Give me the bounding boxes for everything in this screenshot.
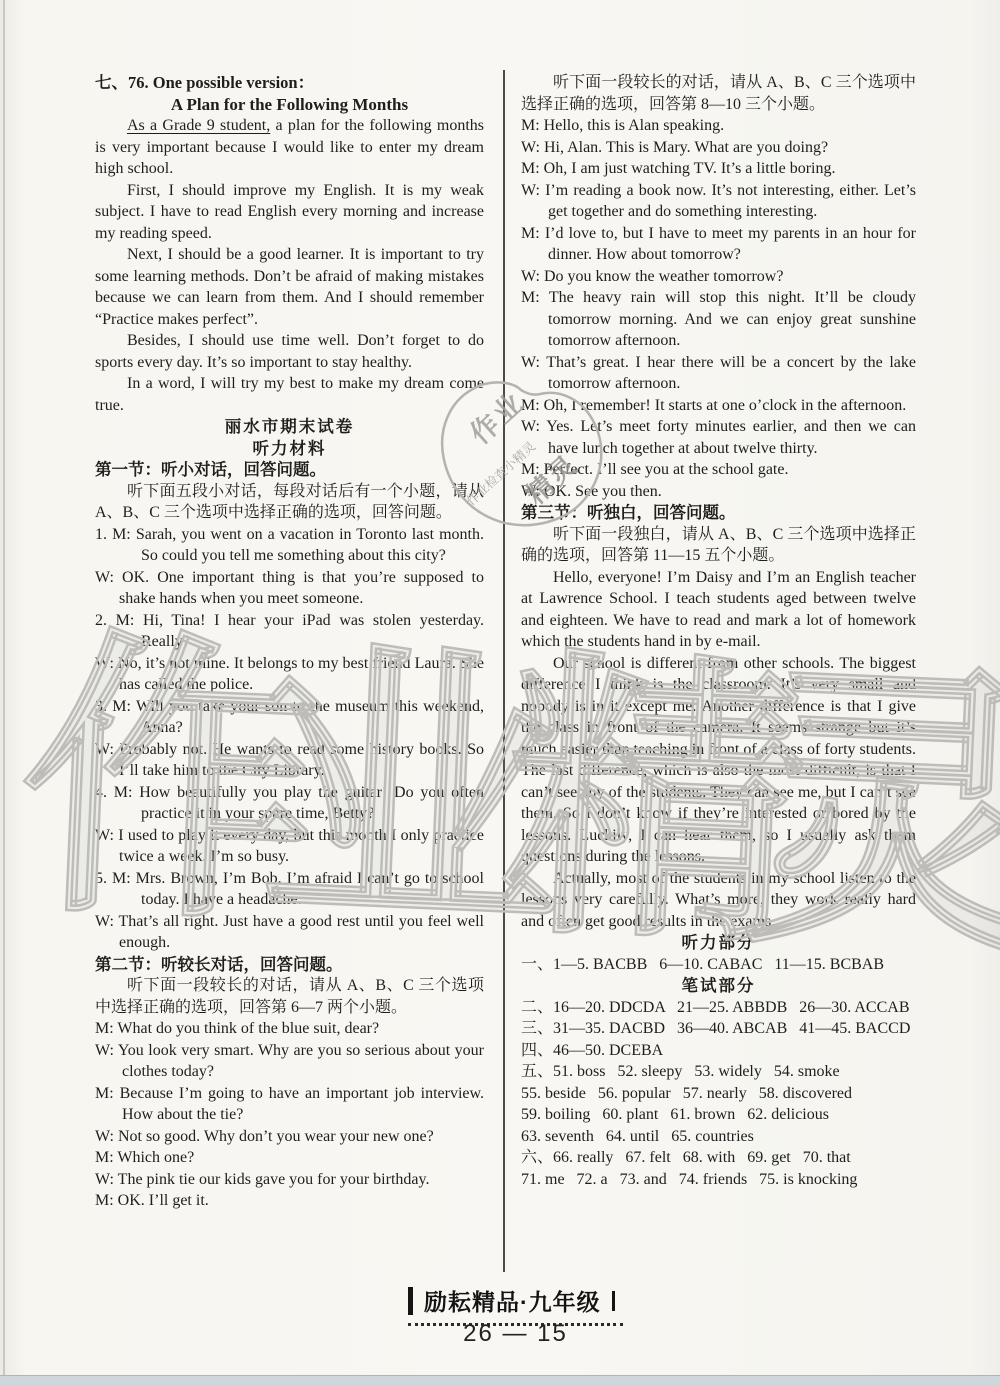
answer-line: 六、66. really 67. felt 68. with 69. get 7… xyxy=(521,1147,916,1169)
right-column: 听下面一段较长的对话，请从 A、B、C 三个选项中选择正确的选项，回答第 8—1… xyxy=(521,72,916,1190)
dialogue-line: 1. M: Sarah, you went on a vacation in T… xyxy=(95,524,484,567)
dialogue-line: M: What do you think of the blue suit, d… xyxy=(95,1018,484,1040)
dialogue-line: W: I used to play it every day, but this… xyxy=(95,825,484,868)
dialogue-line: M: Oh, I am just watching TV. It’s a lit… xyxy=(521,158,916,180)
paragraph: Our school is different from other schoo… xyxy=(521,653,916,868)
dialogue-line: 2. M: Hi, Tina! I hear your iPad was sto… xyxy=(95,610,484,653)
dialogue-line: M: Because I’m going to have an importan… xyxy=(95,1083,484,1126)
dialogue-line: W: Probably not. He wants to read some h… xyxy=(95,739,484,782)
center-heading: 听力材料 xyxy=(95,438,484,460)
scanned-answer-page: { "footer": { "brand": "励耘精品·九年级", "page… xyxy=(0,0,1000,1385)
dialogue-line: W: That’s all right. Just have a good re… xyxy=(95,911,484,954)
section-heading: 第三节：听独白，回答问题。 xyxy=(521,502,916,524)
center-heading: 丽水市期末试卷 xyxy=(95,416,484,438)
answer-line: 五、51. boss 52. sleepy 53. widely 54. smo… xyxy=(521,1061,916,1083)
dialogue-line: W: You look very smart. Why are you so s… xyxy=(95,1040,484,1083)
dialogue-line: 4. M: How beautifully you play the guita… xyxy=(95,782,484,825)
dialogue-line: W: I’m reading a book now. It’s not inte… xyxy=(521,180,916,223)
instruction-paragraph: 听下面五段小对话，每段对话后有一个小题，请从 A、B、C 三个选项中选择正确的选… xyxy=(95,481,484,524)
paragraph: Actually, most of the students in my sch… xyxy=(521,868,916,933)
answer-line: 三、31—35. DACBD 36—40. ABCAB 41—45. BACCD xyxy=(521,1018,916,1040)
dialogue-line: W: OK. One important thing is that you’r… xyxy=(95,567,484,610)
dialogue-line: 3. M: Will you take your son to the muse… xyxy=(95,696,484,739)
essay-title: A Plan for the Following Months xyxy=(95,94,484,116)
dialogue-line: M: OK. I’ll get it. xyxy=(95,1190,484,1212)
dialogue-line: W: No, it’s not mine. It belongs to my b… xyxy=(95,653,484,696)
dialogue-line: W: Hi, Alan. This is Mary. What are you … xyxy=(521,137,916,159)
dialogue-line: M: Perfect. I’ll see you at the school g… xyxy=(521,459,916,481)
answer-line: 63. seventh 64. until 65. countries xyxy=(521,1126,916,1148)
left-column: 七、76. One possible version：A Plan for th… xyxy=(95,72,484,1212)
section-heading: 第二节：听较长对话，回答问题。 xyxy=(95,954,484,976)
dialogue-line: M: Which one? xyxy=(95,1147,484,1169)
dialogue-line: 5. M: Mrs. Brown, I’m Bob. I’m afraid I … xyxy=(95,868,484,911)
section-number-heading: 七、76. One possible version： xyxy=(95,72,484,94)
dialogue-line: W: The pink tie our kids gave you for yo… xyxy=(95,1169,484,1191)
center-heading: 听力部分 xyxy=(521,932,916,954)
dialogue-line: M: Oh, I remember! It starts at one o’cl… xyxy=(521,395,916,417)
dialogue-line: W: OK. See you then. xyxy=(521,481,916,503)
answer-line: 55. beside 56. popular 57. nearly 58. di… xyxy=(521,1083,916,1105)
instruction-paragraph: 听下面一段独白，请从 A、B、C 三个选项中选择正确的选项，回答第 11—15 … xyxy=(521,524,916,567)
answer-line: 四、46—50. DCEBA xyxy=(521,1040,916,1062)
paragraph: Hello, everyone! I’m Daisy and I’m an En… xyxy=(521,567,916,653)
dialogue-line: W: Do you know the weather tomorrow? xyxy=(521,266,916,288)
footer-brand-text: 励耘精品·九年级 xyxy=(424,1284,601,1317)
answer-line: 59. boiling 60. plant 61. brown 62. deli… xyxy=(521,1104,916,1126)
essay-paragraph: Besides, I should use time well. Don’t f… xyxy=(95,330,484,373)
instruction-paragraph: 听下面一段较长的对话，请从 A、B、C 三个选项中选择正确的选项，回答第 6—7… xyxy=(95,975,484,1018)
dialogue-line: W: That’s great. I hear there will be a … xyxy=(521,352,916,395)
page-bottom-edge xyxy=(0,1375,1000,1385)
essay-paragraph: In a word, I will try my best to make my… xyxy=(95,373,484,416)
dialogue-line: M: The heavy rain will stop this night. … xyxy=(521,287,916,352)
answer-line: 一、1—5. BACBB 6—10. CABAC 11—15. BCBAB xyxy=(521,954,916,976)
essay-paragraph: First, I should improve my English. It i… xyxy=(95,180,484,245)
section-heading: 第一节：听小对话，回答问题。 xyxy=(95,459,484,481)
center-heading: 笔试部分 xyxy=(521,975,916,997)
footer-right-bar xyxy=(612,1291,615,1311)
dialogue-line: W: Not so good. Why don’t you wear your … xyxy=(95,1126,484,1148)
column-divider xyxy=(503,70,505,1272)
dialogue-line: M: Hello, this is Alan speaking. xyxy=(521,115,916,137)
dialogue-line: W: Yes. Let’s meet forty minutes earlier… xyxy=(521,416,916,459)
dialogue-line: M: I’d love to, but I have to meet my pa… xyxy=(521,223,916,266)
instruction-paragraph: 听下面一段较长的对话，请从 A、B、C 三个选项中选择正确的选项，回答第 8—1… xyxy=(521,72,916,115)
page-number: 26 — 15 xyxy=(408,1320,623,1348)
answer-line: 71. me 72. a 73. and 74. friends 75. is … xyxy=(521,1169,916,1191)
essay-paragraph: Next, I should be a good learner. It is … xyxy=(95,244,484,330)
footer-left-bar xyxy=(408,1287,413,1315)
answer-line: 二、16—20. DDCDA 21—25. ABBDB 26—30. ACCAB xyxy=(521,997,916,1019)
underlined-text: As a Grade 9 student, xyxy=(127,117,270,134)
scan-edge xyxy=(3,0,5,1385)
essay-paragraph: As a Grade 9 student, a plan for the fol… xyxy=(95,115,484,180)
